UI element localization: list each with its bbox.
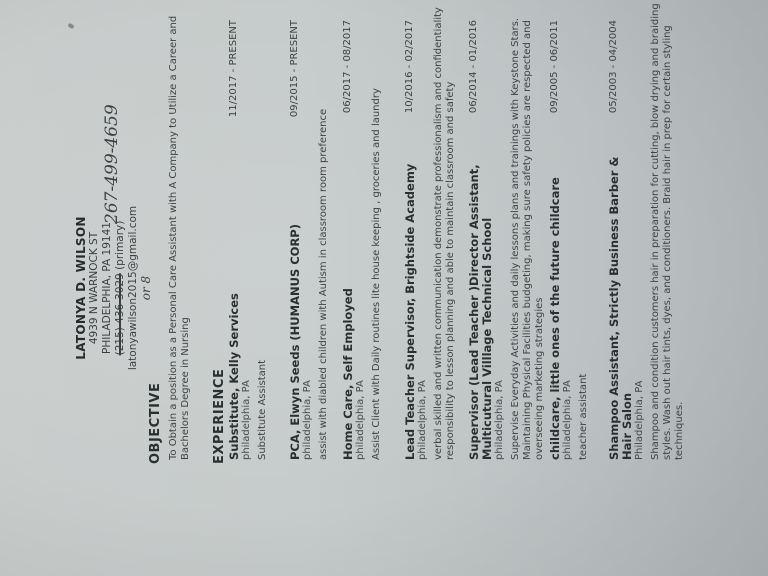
- objective-text: To Obtain a position as a Personal Care …: [168, 16, 192, 460]
- objective-heading: OBJECTIVE: [148, 383, 163, 464]
- job-description-line: techniques.: [674, 40, 686, 460]
- job-dates: 10/2016 - 02/2017: [404, 20, 415, 113]
- job-description-line: Supervise Everyday Activities and daily …: [510, 40, 522, 460]
- experience-heading: EXPERIENCE: [212, 369, 227, 464]
- job-description: verbal skilled and written communication…: [433, 40, 457, 460]
- job-description: Supervise Everyday Activities and daily …: [510, 40, 546, 460]
- job-title: Hair Salon: [621, 40, 634, 460]
- address-line-1: 4939 N WARNOCK ST: [88, 0, 101, 576]
- job-dates: 06/2017 - 08/2017: [342, 20, 353, 113]
- job-location: Philadelphia, PA: [634, 40, 645, 460]
- job-location: philadelphia, PA: [302, 40, 313, 460]
- job-dates: 09/2005 - 06/2011: [549, 20, 560, 113]
- job-dates: 05/2003 - 04/2004: [608, 20, 619, 113]
- job-location: philadelphia, PA: [562, 40, 573, 460]
- job-description-line: styles. Wash out hair tints, dyes, and c…: [662, 40, 674, 460]
- job-location: philadelphia, PA: [241, 40, 252, 460]
- handwritten-note: or 8: [140, 0, 152, 576]
- job-description: Shampoo and condition customers hair in …: [650, 40, 686, 460]
- job-description-line: responsibility to lesson planning and ab…: [445, 40, 457, 460]
- job-description: Substitute Assistant: [257, 40, 269, 460]
- handwritten-phone: 267-499-4659: [106, 104, 119, 224]
- job-title: Multicutural Villlage Technical School: [481, 40, 494, 460]
- job-description: teacher assistant: [578, 40, 590, 460]
- resume-header: LATONYA D. WILSON 4939 N WARNOCK ST PHIL…: [74, 0, 152, 576]
- struck-phone: (215) 436-3029: [114, 273, 126, 355]
- job-dates: 11/2017 - PRESENT: [228, 20, 239, 117]
- phone-line: (215) 436-3029 (primary) 267-499-4659: [114, 0, 127, 576]
- job-entry: Substitute, Kelly Servicesphiladelphia, …: [228, 40, 269, 460]
- job-description-line: Maintaining Physical Facilities budgetin…: [522, 40, 534, 460]
- objective-line-1: To Obtain a position as a Personal Care …: [168, 16, 180, 460]
- job-description-line: teacher assistant: [578, 40, 590, 460]
- phone-label: (primary): [114, 221, 126, 270]
- job-description-line: Assist Client with Daily routines lite h…: [371, 40, 383, 460]
- job-description-line: assist with diabled children with Autism…: [318, 40, 330, 460]
- job-entry: Shampoo Assistant, Strictly Business Bar…: [608, 40, 686, 460]
- resume-page: LATONYA D. WILSON 4939 N WARNOCK ST PHIL…: [0, 0, 768, 576]
- job-description-line: Substitute Assistant: [257, 40, 269, 460]
- job-location: philadelphia, PA: [494, 40, 505, 460]
- job-description-line: overseeing marketing strategies: [534, 40, 546, 460]
- job-entry: Home Care, Self Employedphiladelphia, PA…: [342, 40, 383, 460]
- job-dates: 06/2014 - 01/2016: [468, 20, 479, 113]
- address-line-2: PHILADELPHIA, PA 19141: [101, 0, 114, 576]
- job-description: assist with diabled children with Autism…: [318, 40, 330, 460]
- job-entry: PCA, Elwyn Seeds (HUMANUS CORP)philadelp…: [289, 40, 330, 460]
- job-description: Assist Client with Daily routines lite h…: [371, 40, 383, 460]
- job-description-line: verbal skilled and written communication…: [433, 40, 445, 460]
- job-entry: childcare, little ones of the future chi…: [549, 40, 590, 460]
- job-description-line: Shampoo and condition customers hair in …: [650, 40, 662, 460]
- job-location: philadelphia, PA: [417, 40, 428, 460]
- job-location: philadelphia, PA: [355, 40, 366, 460]
- objective-line-2: Bachelors Degree in Nursing: [180, 16, 192, 460]
- candidate-name: LATONYA D. WILSON: [74, 0, 88, 576]
- job-dates: 09/2015 - PRESENT: [289, 20, 300, 117]
- job-entry: Lead Teacher Supervisor, Brightside Acad…: [404, 40, 457, 460]
- job-entry: Supervisor (Lead Teacher )Director Assis…: [468, 40, 546, 460]
